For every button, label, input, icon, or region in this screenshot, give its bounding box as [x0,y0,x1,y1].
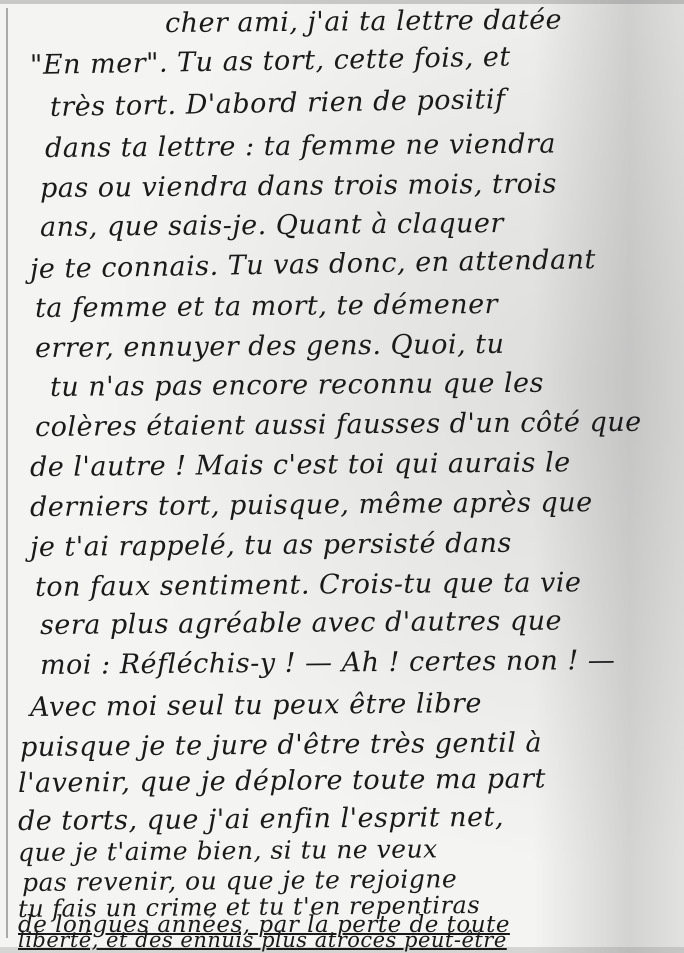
letter-line-10: tu n'as pas encore reconnu que les [50,368,544,403]
letter-line-14: je t'ai rappelé, tu as persisté dans [30,528,512,563]
letter-line-6: ans, que sais-je. Quant à claquer [40,208,504,243]
letter-line-18: Avec moi seul tu peux être libre [30,688,482,723]
letter-line-15: ton faux sentiment. Crois-tu que ta vie [35,567,582,603]
letter-line-12: de l'autre ! Mais c'est toi qui aurais l… [30,447,571,483]
letter-line-11: colères étaient aussi fausses d'un côté … [35,407,642,443]
letter-line-1: cher ami, j'ai ta lettre datée [165,5,562,39]
letter-line-9: errer, ennuyer des gens. Quoi, tu [35,329,505,364]
letter-line-5: pas ou viendra dans trois mois, trois [40,168,557,204]
letter-line-16: sera plus agréable avec d'autres que [40,605,562,641]
letter-line-3: très tort. D'abord rien de positif [50,84,506,123]
letter-page: cher ami, j'ai ta lettre datée "En mer".… [0,0,684,953]
letter-line-20: l'avenir, que je déplore toute ma part [18,763,546,799]
letter-line-21: de torts, que j'ai enfin l'esprit net, [18,802,504,837]
letter-line-26: liberté, et des ennuis plus atroces peut… [18,928,507,952]
letter-line-2: "En mer". Tu as tort, cette fois, et [30,42,511,81]
scan-top-edge [0,0,684,4]
letter-line-8: ta femme et ta mort, te démener [35,289,498,324]
letter-line-22: que je t'aime bien, si tu ne veux [18,834,438,867]
letter-line-19: puisque je te jure d'être très gentil à [20,727,542,763]
letter-line-4: dans ta lettre : ta femme ne viendra [45,129,556,164]
letter-line-7: je te connais. Tu vas donc, en attendant [30,244,596,285]
letter-line-13: derniers tort, puisque, même après que [30,487,593,523]
scan-left-border [6,8,8,938]
letter-line-17: moi : Réfléchis-y ! — Ah ! certes non ! … [40,645,616,681]
